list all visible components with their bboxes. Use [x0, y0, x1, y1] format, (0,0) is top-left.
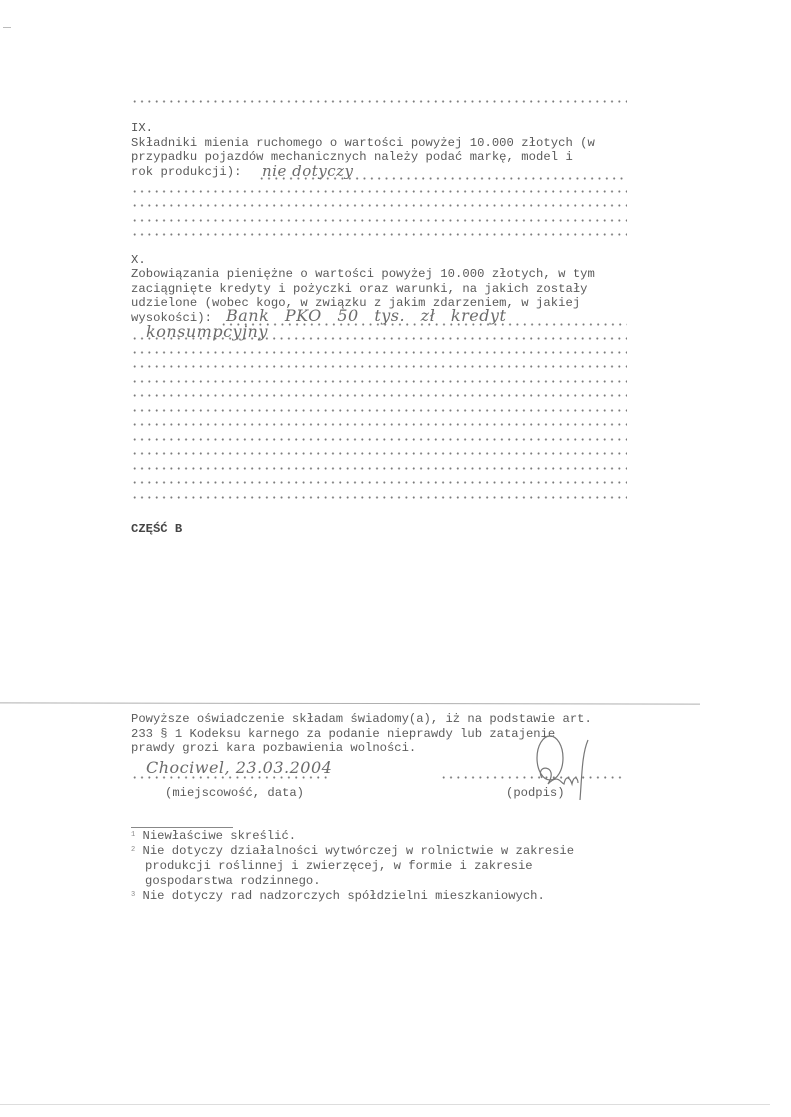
answer-dotted-line: [131, 100, 627, 103]
footnote-marker: 1: [131, 831, 135, 839]
declaration-text-line: Powyższe oświadczenie składam świadomy(a…: [131, 712, 592, 727]
footnote-text: Nie dotyczy rad nadzorczych spółdzielni …: [143, 889, 545, 903]
footnote-text: Nie dotyczy działalności wytwórczej w ro…: [143, 844, 575, 858]
place-date-handwritten: Chociwel, 23.03.2004: [146, 758, 332, 777]
footnote-1: 1 Niewłaściwe skreślić.: [131, 829, 296, 844]
answer-dotted-line: [131, 219, 627, 222]
footnote-2-cont: gospodarstwa rodzinnego.: [145, 874, 321, 889]
section-separator: [0, 702, 700, 704]
footnote-2: 2 Nie dotyczy działalności wytwórczej w …: [131, 844, 574, 859]
section-x-heading: X.: [131, 253, 146, 267]
part-b-heading: CZĘŚĆ B: [131, 522, 182, 536]
answer-dotted-line: [131, 496, 627, 499]
section-ix-handwritten-answer: nie dotyczy: [262, 162, 354, 180]
answer-dotted-line: [131, 409, 627, 412]
answer-dotted-line: [131, 467, 627, 470]
section-x-text-line: zaciągnięte kredyty i pożyczki oraz waru…: [131, 282, 588, 297]
footnote-text: Niewłaściwe skreślić.: [143, 829, 297, 843]
answer-dotted-line: [131, 481, 627, 484]
section-x-handwritten-answer-2: konsumpcyjny: [146, 322, 268, 341]
footnote-2-cont: produkcji roślinnej i zwierzęcej, w form…: [145, 859, 533, 874]
answer-dotted-line: [131, 380, 627, 383]
answer-dotted-line: [131, 365, 627, 368]
section-ix-heading: IX.: [131, 121, 153, 135]
declaration-text-line: prawdy grozi kara pozbawienia wolności.: [131, 741, 416, 756]
declaration-text-line: 233 § 1 Kodeksu karnego za podanie niepr…: [131, 727, 555, 742]
section-x-handwritten-answer-1: Bank PKO 50 tys. zł kredyt: [226, 306, 506, 325]
section-x-text-line: Zobowiązania pieniężne o wartości powyże…: [131, 267, 595, 282]
answer-dotted-line: [131, 423, 627, 426]
footnote-3: 3 Nie dotyczy rad nadzorczych spółdzieln…: [131, 889, 545, 904]
scan-mark: [3, 27, 11, 28]
answer-dotted-line: [131, 394, 627, 397]
answer-dotted-line: [131, 452, 627, 455]
answer-dotted-line: [131, 204, 627, 207]
answer-dotted-line: [131, 190, 627, 193]
place-date-label: (miejscowość, data): [165, 786, 304, 801]
footnote-separator: [131, 827, 233, 828]
answer-dotted-line: [131, 351, 627, 354]
section-ix-text-line: Składniki mienia ruchomego o wartości po…: [131, 136, 595, 151]
answer-dotted-line: [131, 438, 627, 441]
footnote-marker: 2: [131, 846, 135, 854]
signature-label: (podpis): [506, 786, 565, 801]
answer-dotted-line: [131, 233, 627, 236]
scan-edge: [0, 1104, 770, 1105]
footnote-marker: 3: [131, 891, 135, 899]
section-ix-text-line: rok produkcji):: [131, 165, 249, 180]
